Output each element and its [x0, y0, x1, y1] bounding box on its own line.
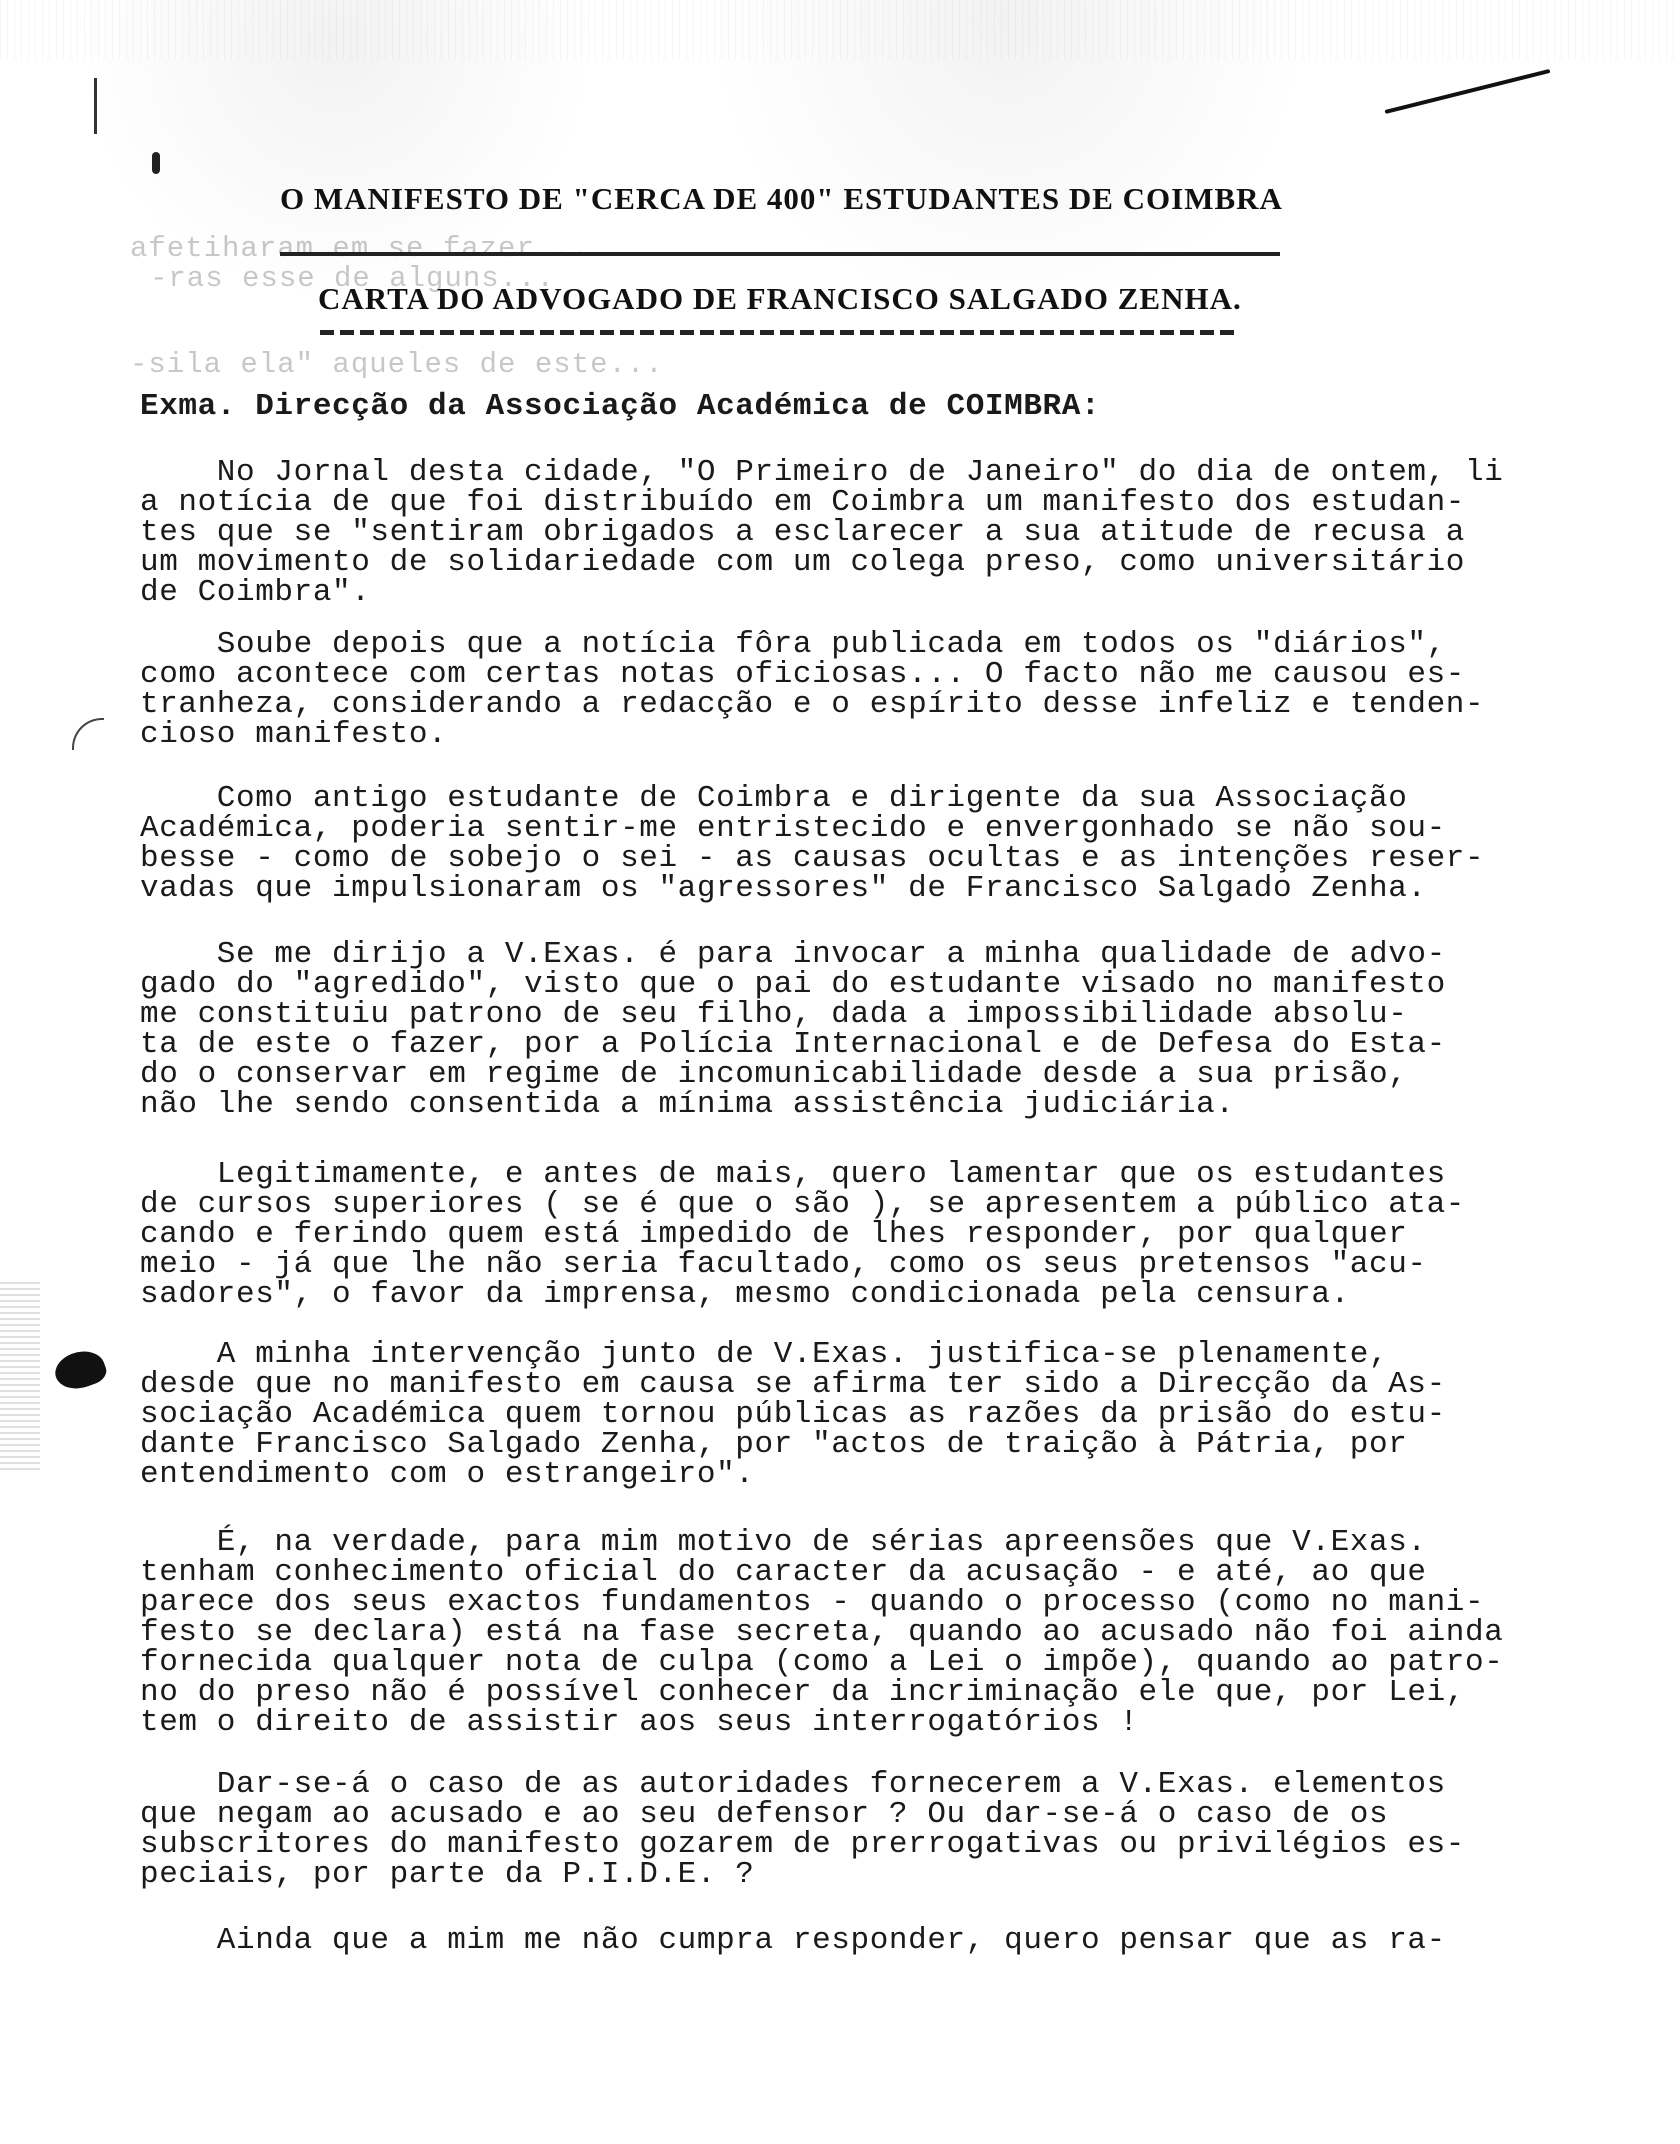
ink-blot-left — [50, 1345, 109, 1396]
scan-smudge-left — [0, 1280, 40, 1470]
text-line: tem o direito de assistir aos seus inter… — [140, 1706, 1139, 1740]
text-line: Ainda que a mim me não cumpra responder,… — [140, 1924, 1446, 1958]
text-line: sadores", o favor da imprensa, mesmo con… — [140, 1278, 1350, 1312]
document-subtitle: CARTA DO ADVOGADO DE FRANCISCO SALGADO Z… — [318, 282, 1242, 316]
dashed-underline — [320, 330, 1240, 335]
ghost-text-line-3: -sila ela" aqueles de este... — [130, 348, 664, 381]
salutation: Exma. Direcção da Associação Académica d… — [140, 390, 1100, 424]
ink-dot — [152, 152, 160, 174]
text-line: vadas que impulsionaram os "agressores" … — [140, 872, 1427, 906]
pen-stroke-top-right — [1385, 69, 1551, 114]
text-line: não lhe sendo consentida a mínima assist… — [140, 1088, 1235, 1122]
document-title: O MANIFESTO DE "CERCA DE 400" ESTUDANTES… — [280, 182, 1283, 216]
text-line: peciais, por parte da P.I.D.E. ? — [140, 1858, 755, 1892]
margin-curve-mark — [72, 718, 104, 750]
strikethrough-bar — [280, 252, 1280, 256]
ghost-text-line-1: afetiharam em se fazer... — [130, 232, 590, 265]
text-line: cioso manifesto. — [140, 718, 447, 752]
scanned-page: O MANIFESTO DE "CERCA DE 400" ESTUDANTES… — [0, 0, 1680, 2144]
text-line: entendimento com o estrangeiro". — [140, 1458, 755, 1492]
scan-noise-top — [0, 0, 1680, 60]
margin-mark-top-left — [94, 78, 97, 134]
text-line: de Coimbra". — [140, 576, 370, 610]
